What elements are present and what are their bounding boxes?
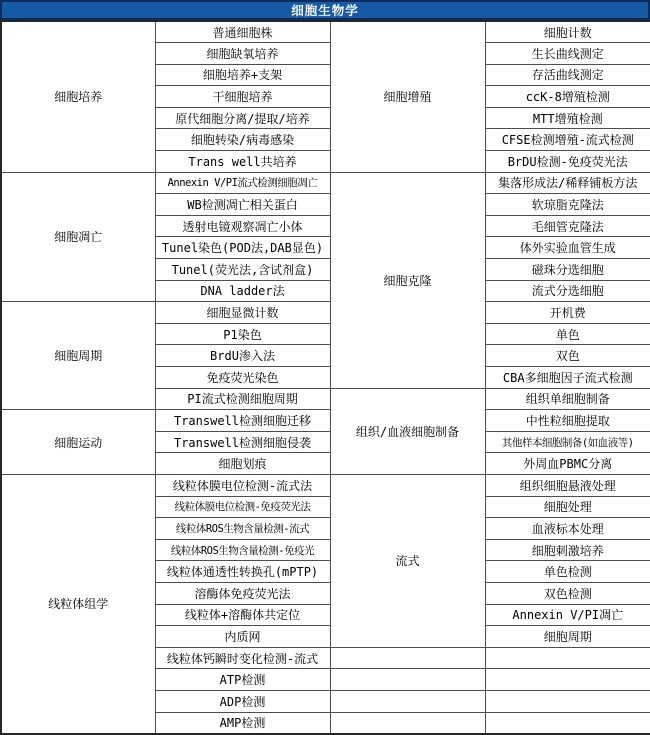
- item-cell: 双色检测: [485, 582, 650, 604]
- item-label: 血液标本处理: [532, 522, 604, 536]
- item-cell: Trans well共培养: [155, 151, 330, 173]
- item-label: 溶酶体免疫荧光法: [194, 587, 290, 601]
- empty-cell: [485, 712, 650, 734]
- item-label: 细胞划痕: [218, 457, 266, 471]
- item-cell: 线粒体膜电位检测-免疫荧光法: [155, 496, 330, 518]
- category-cell: 细胞周期: [1, 302, 155, 410]
- item-label: 外周血PBMC分离: [523, 457, 612, 471]
- item-cell: 细胞培养+支架: [155, 64, 330, 86]
- item-label: 线粒体+溶酶体共定位: [185, 608, 300, 622]
- item-cell: 组织单细胞制备: [485, 388, 650, 410]
- item-cell: 免疫荧光染色: [155, 367, 330, 389]
- item-cell: BrdU渗入法: [155, 345, 330, 367]
- item-label: 细胞培养+支架: [203, 68, 282, 82]
- item-cell: AMP检测: [155, 712, 330, 734]
- item-cell: 单色检测: [485, 561, 650, 583]
- item-cell: 线粒体+溶酶体共定位: [155, 604, 330, 626]
- item-label: 线粒体ROS生物含量检测-流式: [176, 523, 309, 535]
- category-cell: 细胞培养: [1, 21, 155, 172]
- item-label: 单色: [556, 328, 580, 342]
- item-label: 存活曲线测定: [532, 68, 604, 82]
- item-label: BrDU检测-免疫荧光法: [508, 155, 628, 169]
- empty-cell: [330, 647, 485, 669]
- item-label: 原代细胞分离/提取/培养: [175, 112, 309, 126]
- item-label: PI流式检测细胞周期: [187, 392, 297, 406]
- category-cell: 流式: [330, 474, 485, 647]
- item-label: ATP检测: [220, 673, 266, 687]
- service-price-table: 细胞生物学 细胞培养 普通细胞株 细胞增殖 细胞计数 细胞缺氧培养 生长曲线测定…: [0, 0, 650, 735]
- item-label: AMP检测: [220, 716, 266, 730]
- item-label: 干细胞培养: [212, 90, 272, 104]
- item-cell: ATP检测: [155, 669, 330, 691]
- item-label: 细胞转染/病毒感染: [191, 133, 294, 147]
- item-cell: ccK-8增殖检测: [485, 86, 650, 108]
- table-title: 细胞生物学: [291, 1, 359, 19]
- item-label: 线粒体钙瞬时变化检测-流式: [167, 652, 318, 666]
- item-cell: 细胞缺氧培养: [155, 43, 330, 65]
- item-label: 普通细胞株: [212, 26, 272, 40]
- item-cell: 细胞刺激培养: [485, 539, 650, 561]
- item-label: ccK-8增殖检测: [526, 90, 610, 104]
- item-label: 开机费: [550, 306, 586, 320]
- item-cell: Annexin V/PI凋亡: [485, 604, 650, 626]
- category-label: 线粒体组学: [48, 597, 108, 611]
- table-row: 细胞周期 细胞显微计数 开机费: [1, 302, 650, 324]
- item-label: DNA ladder法: [200, 284, 284, 298]
- item-cell: P1染色: [155, 323, 330, 345]
- item-cell: 原代细胞分离/提取/培养: [155, 107, 330, 129]
- category-cell: 线粒体组学: [1, 474, 155, 733]
- empty-cell: [485, 647, 650, 669]
- item-cell: 流式分选细胞: [485, 280, 650, 302]
- item-cell: 生长曲线测定: [485, 43, 650, 65]
- item-cell: Tunel染色(POD法,DAB显色): [155, 237, 330, 259]
- item-cell: 血液标本处理: [485, 518, 650, 540]
- item-label: 细胞处理: [544, 500, 592, 514]
- cell-biology-table: 细胞培养 普通细胞株 细胞增殖 细胞计数 细胞缺氧培养 生长曲线测定 细胞培养+…: [0, 20, 650, 735]
- item-label: 双色: [556, 349, 580, 363]
- item-cell: 单色: [485, 323, 650, 345]
- category-cell: 细胞增殖: [330, 21, 485, 172]
- item-label: Transwell检测细胞侵袭: [174, 436, 311, 450]
- item-cell: Annexin V/PI流式检测细胞凋亡: [155, 172, 330, 194]
- item-label: 双色检测: [544, 587, 592, 601]
- item-cell: 透射电镜观察凋亡小体: [155, 215, 330, 237]
- item-cell: 细胞计数: [485, 21, 650, 43]
- item-cell: 细胞转染/病毒感染: [155, 129, 330, 151]
- item-label: 免疫荧光染色: [206, 371, 278, 385]
- item-cell: 溶酶体免疫荧光法: [155, 582, 330, 604]
- item-label: 磁珠分选细胞: [532, 263, 604, 277]
- item-label: 细胞计数: [544, 26, 592, 40]
- category-label: 细胞增殖: [383, 90, 431, 104]
- item-label: BrdU渗入法: [210, 349, 275, 363]
- item-cell: 体外实验血管生成: [485, 237, 650, 259]
- item-cell: WB检测凋亡相关蛋白: [155, 194, 330, 216]
- item-label: CBA多细胞因子流式检测: [503, 371, 633, 385]
- item-label: 其他样本细胞制备(如血液等): [502, 437, 634, 449]
- item-label: 细胞刺激培养: [532, 544, 604, 558]
- item-cell: 线粒体膜电位检测-流式法: [155, 474, 330, 496]
- item-label: Transwell检测细胞迁移: [174, 414, 311, 428]
- category-label: 细胞周期: [54, 349, 102, 363]
- item-cell: 开机费: [485, 302, 650, 324]
- item-cell: 普通细胞株: [155, 21, 330, 43]
- item-label: 生长曲线测定: [532, 47, 604, 61]
- category-cell: 细胞克隆: [330, 172, 485, 388]
- item-cell: 磁珠分选细胞: [485, 259, 650, 281]
- item-cell: 干细胞培养: [155, 86, 330, 108]
- item-label: P1染色: [223, 328, 261, 342]
- item-label: 体外实验血管生成: [520, 241, 616, 255]
- item-label: ADP检测: [220, 695, 266, 709]
- item-label: 细胞显微计数: [206, 306, 278, 320]
- item-label: 细胞缺氧培养: [206, 47, 278, 61]
- item-cell: 其他样本细胞制备(如血液等): [485, 431, 650, 453]
- item-label: 线粒体膜电位检测-流式法: [173, 479, 312, 493]
- item-cell: 线粒体ROS生物含量检测-免疫光: [155, 539, 330, 561]
- item-cell: BrDU检测-免疫荧光法: [485, 151, 650, 173]
- item-label: 线粒体ROS生物含量检测-免疫光: [171, 545, 314, 557]
- item-label: 线粒体通透性转换孔(mPTP): [167, 565, 318, 579]
- category-label: 细胞克隆: [383, 274, 431, 288]
- table-row: 细胞运动 Transwell检测细胞迁移 中性粒细胞提取: [1, 410, 650, 432]
- table-title-bar: 细胞生物学: [0, 0, 650, 20]
- empty-cell: [485, 669, 650, 691]
- item-cell: 软琼脂克隆法: [485, 194, 650, 216]
- empty-cell: [330, 690, 485, 712]
- item-label: 细胞周期: [544, 630, 592, 644]
- item-label: Annexin V/PI流式检测细胞凋亡: [168, 177, 318, 189]
- item-label: 组织细胞悬液处理: [520, 479, 616, 493]
- item-cell: 线粒体通透性转换孔(mPTP): [155, 561, 330, 583]
- item-cell: 细胞显微计数: [155, 302, 330, 324]
- item-cell: 线粒体钙瞬时变化检测-流式: [155, 647, 330, 669]
- item-label: 中性粒细胞提取: [526, 414, 610, 428]
- item-label: MTT增殖检测: [533, 112, 603, 126]
- item-cell: CBA多细胞因子流式检测: [485, 367, 650, 389]
- item-cell: 组织细胞悬液处理: [485, 474, 650, 496]
- item-label: 单色检测: [544, 565, 592, 579]
- item-label: 软琼脂克隆法: [532, 198, 604, 212]
- category-label: 细胞运动: [54, 436, 102, 450]
- item-cell: Tunel(荧光法,含试剂盒): [155, 259, 330, 281]
- item-cell: Transwell检测细胞侵袭: [155, 431, 330, 453]
- item-cell: 毛细管克隆法: [485, 215, 650, 237]
- item-label: WB检测凋亡相关蛋白: [187, 198, 297, 212]
- item-cell: 内质网: [155, 626, 330, 648]
- item-cell: 双色: [485, 345, 650, 367]
- item-cell: 细胞划痕: [155, 453, 330, 475]
- table-row: 细胞培养 普通细胞株 细胞增殖 细胞计数: [1, 21, 650, 43]
- item-label: Tunel(荧光法,含试剂盒): [172, 263, 314, 277]
- item-cell: ADP检测: [155, 690, 330, 712]
- item-label: 流式分选细胞: [532, 284, 604, 298]
- item-cell: 外周血PBMC分离: [485, 453, 650, 475]
- empty-cell: [485, 690, 650, 712]
- category-label: 细胞培养: [54, 90, 102, 104]
- item-label: 线粒体膜电位检测-免疫荧光法: [175, 501, 311, 513]
- item-label: 集落形成法/稀释铺板方法: [498, 176, 637, 190]
- category-label: 组织/血液细胞制备: [356, 425, 459, 439]
- item-label: 毛细管克隆法: [532, 220, 604, 234]
- table-row: 线粒体组学 线粒体膜电位检测-流式法 流式 组织细胞悬液处理: [1, 474, 650, 496]
- category-label: 流式: [395, 554, 419, 568]
- item-label: 透射电镜观察凋亡小体: [182, 220, 302, 234]
- item-cell: 线粒体ROS生物含量检测-流式: [155, 518, 330, 540]
- item-label: Annexin V/PI凋亡: [512, 608, 623, 622]
- item-cell: 细胞处理: [485, 496, 650, 518]
- item-cell: Transwell检测细胞迁移: [155, 410, 330, 432]
- category-cell: 细胞运动: [1, 410, 155, 475]
- item-cell: CFSE检测增殖-流式检测: [485, 129, 650, 151]
- item-cell: 细胞周期: [485, 626, 650, 648]
- item-cell: 中性粒细胞提取: [485, 410, 650, 432]
- item-cell: 存活曲线测定: [485, 64, 650, 86]
- item-label: CFSE检测增殖-流式检测: [502, 133, 634, 147]
- item-cell: 集落形成法/稀释铺板方法: [485, 172, 650, 194]
- item-label: Tunel染色(POD法,DAB显色): [162, 241, 323, 255]
- category-label: 细胞凋亡: [54, 230, 102, 244]
- item-label: 组织单细胞制备: [526, 392, 610, 406]
- item-label: Trans well共培养: [188, 155, 296, 169]
- category-cell: 细胞凋亡: [1, 172, 155, 302]
- item-cell: MTT增殖检测: [485, 107, 650, 129]
- item-cell: DNA ladder法: [155, 280, 330, 302]
- empty-cell: [330, 712, 485, 734]
- table-row: 细胞凋亡 Annexin V/PI流式检测细胞凋亡 细胞克隆 集落形成法/稀释铺…: [1, 172, 650, 194]
- item-cell: PI流式检测细胞周期: [155, 388, 330, 410]
- category-cell: 组织/血液细胞制备: [330, 388, 485, 474]
- item-label: 内质网: [224, 630, 260, 644]
- empty-cell: [330, 669, 485, 691]
